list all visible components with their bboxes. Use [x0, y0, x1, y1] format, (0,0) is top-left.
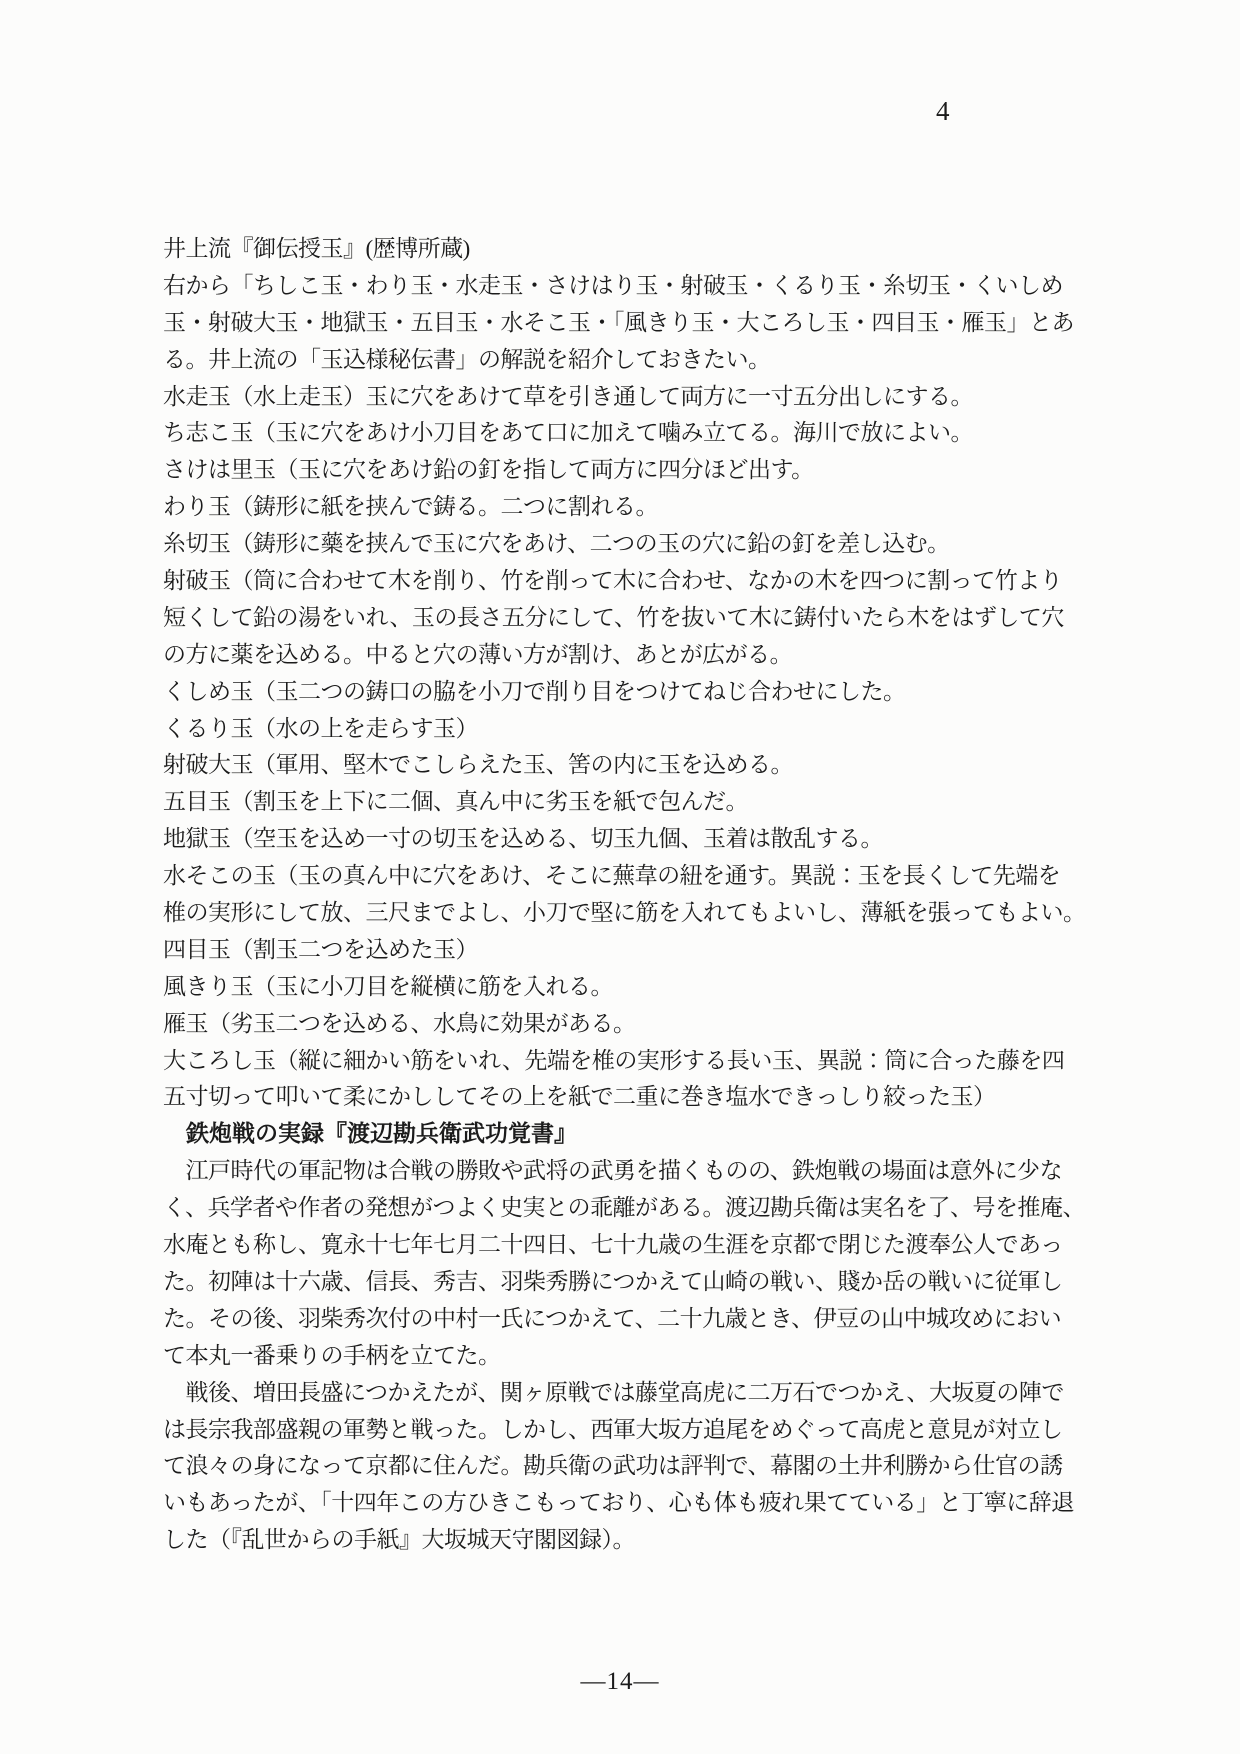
text-line: 水走玉（水上走玉）玉に穴をあけて草を引き通して両方に一寸五分出しにする。 [163, 379, 1163, 416]
text-line: た。その後、羽柴秀次付の中村一氏につかえて、二十九歳とき、伊豆の山中城攻めにおい [163, 1301, 1163, 1338]
text-line: く、兵学者や作者の発想がつよく史実との乖離がある。渡辺勘兵衛は実名を了、号を推庵… [163, 1190, 1163, 1227]
text-line: の方に薬を込める。中ると穴の薄い方が割け、あとが広がる。 [163, 637, 1163, 674]
text-line: 雁玉（劣玉二つを込める、水鳥に効果がある。 [163, 1006, 1163, 1043]
text-line: 水庵とも称し、寛永十七年七月二十四日、七十九歳の生涯を京都で閉じた渡奉公人であっ [163, 1227, 1163, 1264]
section-heading: 鉄炮戦の実録『渡辺勘兵衛武功覚書』 [163, 1116, 1163, 1153]
text-block: 井上流『御伝授玉』(歴博所蔵)右から「ちしこ玉・わり玉・水走玉・さけはり玉・射破… [163, 231, 1163, 1559]
text-line: 玉・射破大玉・地獄玉・五目玉・水そこ玉・「風きり玉・大ころし玉・四目玉・雁玉」と… [163, 305, 1163, 342]
text-line: 地獄玉（空玉を込め一寸の切玉を込める、切玉九個、玉着は散乱する。 [163, 821, 1163, 858]
text-line: て本丸一番乗りの手柄を立てた。 [163, 1338, 1163, 1375]
text-line: 短くして鉛の湯をいれ、玉の長さ五分にして、竹を抜いて木に鋳付いたら木をはずして穴 [163, 600, 1163, 637]
text-line: て浪々の身になって京都に住んだ。勘兵衛の武功は評判で、幕閣の土井利勝から仕官の誘 [163, 1448, 1163, 1485]
text-line: た。初陣は十六歳、信長、秀吉、羽柴秀勝につかえて山崎の戦い、賤か岳の戦いに従軍し [163, 1264, 1163, 1301]
page-number-top: 4 [936, 96, 950, 126]
text-line: 江戸時代の軍記物は合戦の勝敗や武将の武勇を描くものの、鉄炮戦の場面は意外に少な [163, 1153, 1163, 1190]
text-line: 戦後、増田長盛につかえたが、関ヶ原戦では藤堂高虎に二万石でつかえ、大坂夏の陣で [163, 1375, 1163, 1412]
text-line: くるり玉（水の上を走らす玉） [163, 711, 1163, 748]
text-line: る。井上流の「玉込様秘伝書」の解説を紹介しておきたい。 [163, 342, 1163, 379]
text-line: 五目玉（割玉を上下に二個、真ん中に劣玉を紙で包んだ。 [163, 784, 1163, 821]
text-line: わり玉（鋳形に紙を挟んで鋳る。二つに割れる。 [163, 489, 1163, 526]
text-line: 水そこの玉（玉の真ん中に穴をあけ、そこに蕪韋の紐を通す。異説：玉を長くして先端を [163, 858, 1163, 895]
text-line: ち志こ玉（玉に穴をあけ小刀目をあて口に加えて噛み立てる。海川で放によい。 [163, 415, 1163, 452]
text-line: さけは里玉（玉に穴をあけ鉛の釘を指して両方に四分ほど出す。 [163, 452, 1163, 489]
text-line: は長宗我部盛親の軍勢と戦った。しかし、西軍大坂方追尾をめぐって高虎と意見が対立し [163, 1412, 1163, 1449]
text-line: 五寸切って叩いて柔にかししてその上を紙で二重に巻き塩水できっしり絞った玉） [163, 1079, 1163, 1116]
text-line: くしめ玉（玉二つの鋳口の脇を小刀で削り目をつけてねじ合わせにした。 [163, 674, 1163, 711]
document-title: 井上流『御伝授玉』(歴博所蔵) [163, 231, 1163, 268]
text-line: 射破玉（筒に合わせて木を削り、竹を削って木に合わせ、なかの木を四つに割って竹より [163, 563, 1163, 600]
text-line: 射破大玉（軍用、堅木でこしらえた玉、筈の内に玉を込める。 [163, 747, 1163, 784]
page-number-footer: —14— [0, 1668, 1240, 1696]
text-line: 糸切玉（鋳形に藥を挟んで玉に穴をあけ、二つの玉の穴に鉛の釘を差し込む。 [163, 526, 1163, 563]
text-line: 風きり玉（玉に小刀目を縦横に筋を入れる。 [163, 969, 1163, 1006]
text-line: 右から「ちしこ玉・わり玉・水走玉・さけはり玉・射破玉・くるり玉・糸切玉・くいしめ [163, 268, 1163, 305]
text-line: した（『乱世からの手紙』大坂城天守閣図録）。 [163, 1522, 1163, 1559]
text-line: 四目玉（割玉二つを込めた玉） [163, 932, 1163, 969]
text-line: 大ころし玉（縦に細かい筋をいれ、先端を椎の実形する長い玉、異説：筒に合った藤を四 [163, 1043, 1163, 1080]
scanned-document-page: 4 井上流『御伝授玉』(歴博所蔵)右から「ちしこ玉・わり玉・水走玉・さけはり玉・… [0, 0, 1240, 1754]
text-line: 椎の実形にして放、三尺までよし、小刀で堅に筋を入れてもよいし、薄紙を張ってもよい… [163, 895, 1163, 932]
text-line: いもあったが、「十四年この方ひきこもっており、心も体も疲れ果てている」と丁寧に辞… [163, 1485, 1163, 1522]
